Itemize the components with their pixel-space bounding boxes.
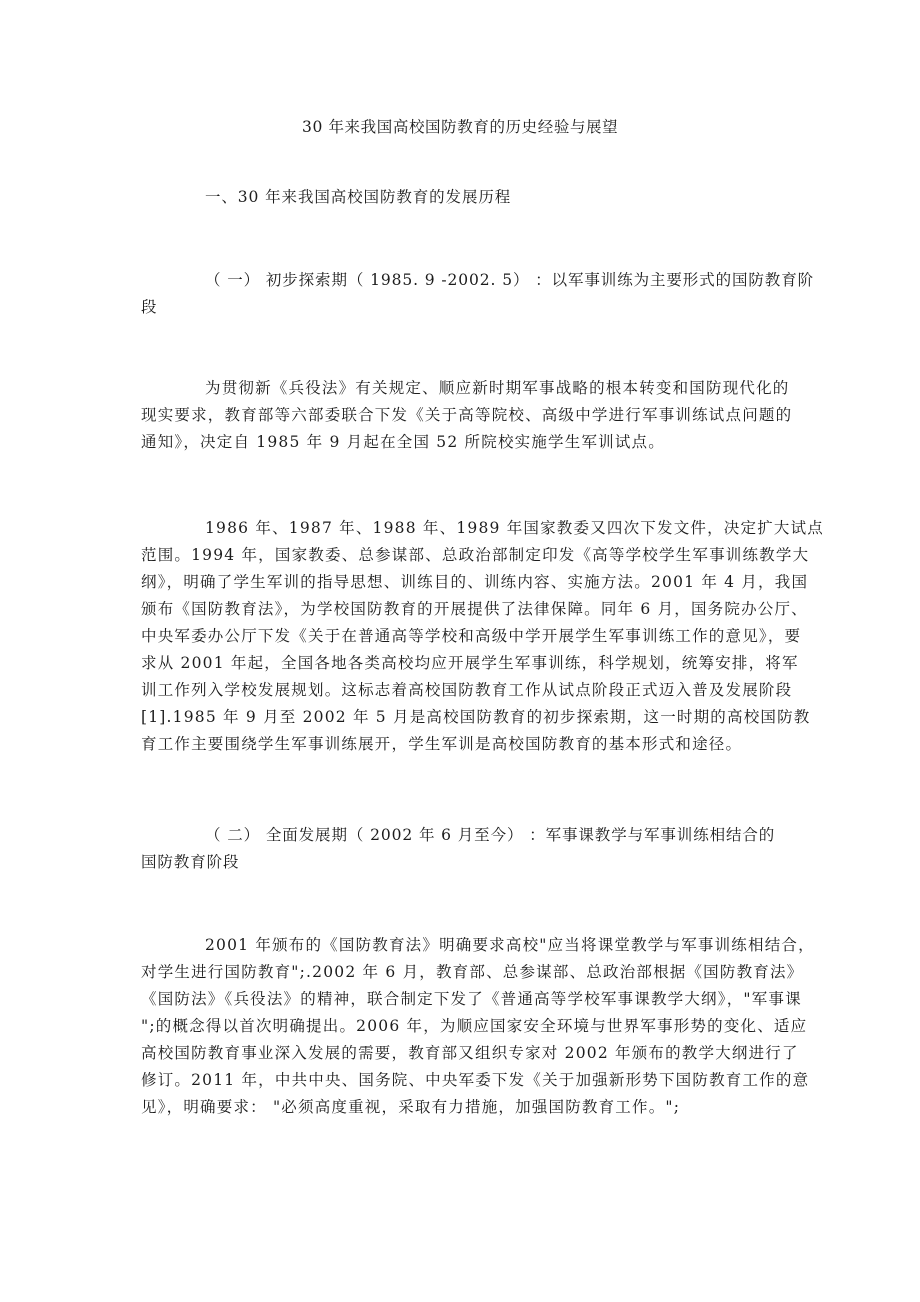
paragraph-line: 见》，明确要求： "必须高度重视，采取有力措施，加强国防教育工作。"; xyxy=(141,1097,680,1117)
paragraph-line: 现实要求，教育部等六部委联合下发《关于高等院校、高级中学进行军事训练试点问题的 xyxy=(141,405,792,425)
paragraph-line: 育工作主要围绕学生军事训练展开，学生军训是高校国防教育的基本形式和途径。 xyxy=(141,734,742,754)
subsection-heading-line: （ 一） 初步探索期（ 1985. 9 -2002. 5） ：以军事训练为主要形… xyxy=(205,270,814,290)
paragraph-line: [1].1985 年 9 月至 2002 年 5 月是高校国防教育的初步探索期，… xyxy=(141,707,811,727)
paragraph-line: 2001 年颁布的《国防教育法》明确要求高校"应当将课堂教学与军事训练相结合， xyxy=(205,935,815,955)
subsection-heading-line: 段 xyxy=(141,297,157,317)
document-title: 30 年来我国高校国防教育的历史经验与展望 xyxy=(302,117,618,137)
section-heading: 一、30 年来我国高校国防教育的发展历程 xyxy=(205,187,511,207)
paragraph-line: 为贯彻新《兵役法》有关规定、顺应新时期军事战略的根本转变和国防现代化的 xyxy=(205,378,790,398)
paragraph-line: 范围。1994 年，国家教委、总参谋部、总政治部制定印发《高等学校学生军事训练教… xyxy=(141,545,809,565)
paragraph-line: 《国防法》《兵役法》的精神，联合制定下发了《普通高等学校军事课教学大纲》，"军事… xyxy=(141,989,802,1009)
paragraph-line: 颁布《国防教育法》，为学校国防教育的开展提供了法律保障。同年 6 月，国务院办公… xyxy=(141,599,808,619)
paragraph-line: 高校国防教育事业深入发展的需要，教育部又组织专家对 2002 年颁布的教学大纲进… xyxy=(141,1043,799,1063)
paragraph-line: 修订。2011 年，中共中央、国务院、中央军委下发《关于加强新形势下国防教育工作… xyxy=(141,1070,809,1090)
paragraph-line: 求从 2001 年起，全国各地各类高校均应开展学生军事训练，科学规划，统筹安排，… xyxy=(141,653,799,673)
paragraph-line: 对学生进行国防教育";.2002 年 6 月，教育部、总参谋部、总政治部根据《国… xyxy=(141,962,803,982)
paragraph-line: 纲》，明确了学生军训的指导思想、训练目的、训练内容、实施方法。2001 年 4 … xyxy=(141,572,808,592)
paragraph-line: 中央军委办公厅下发《关于在普通高等学校和高级中学开展学生军事训练工作的意见》，要 xyxy=(141,626,801,646)
paragraph-line: ";的概念得以首次明确提出。2006 年，为顺应国家安全环境与世界军事形势的变化… xyxy=(141,1016,807,1036)
paragraph-line: 训工作列入学校发展规划。这标志着高校国防教育工作从试点阶段正式迈入普及发展阶段 xyxy=(141,680,792,700)
paragraph-line: 1986 年、1987 年、1988 年、1989 年国家教委又四次下发文件，决… xyxy=(205,518,824,538)
paragraph-line: 通知》，决定自 1985 年 9 月起在全国 52 所院校实施学生军训试点。 xyxy=(141,432,665,452)
subsection-heading-line: 国防教育阶段 xyxy=(141,852,239,872)
subsection-heading-line: （ 二） 全面发展期（ 2002 年 6 月至今） ：军事课教学与军事训练相结合… xyxy=(205,825,775,845)
document-page: 30 年来我国高校国防教育的历史经验与展望 一、30 年来我国高校国防教育的发展… xyxy=(0,0,920,1302)
